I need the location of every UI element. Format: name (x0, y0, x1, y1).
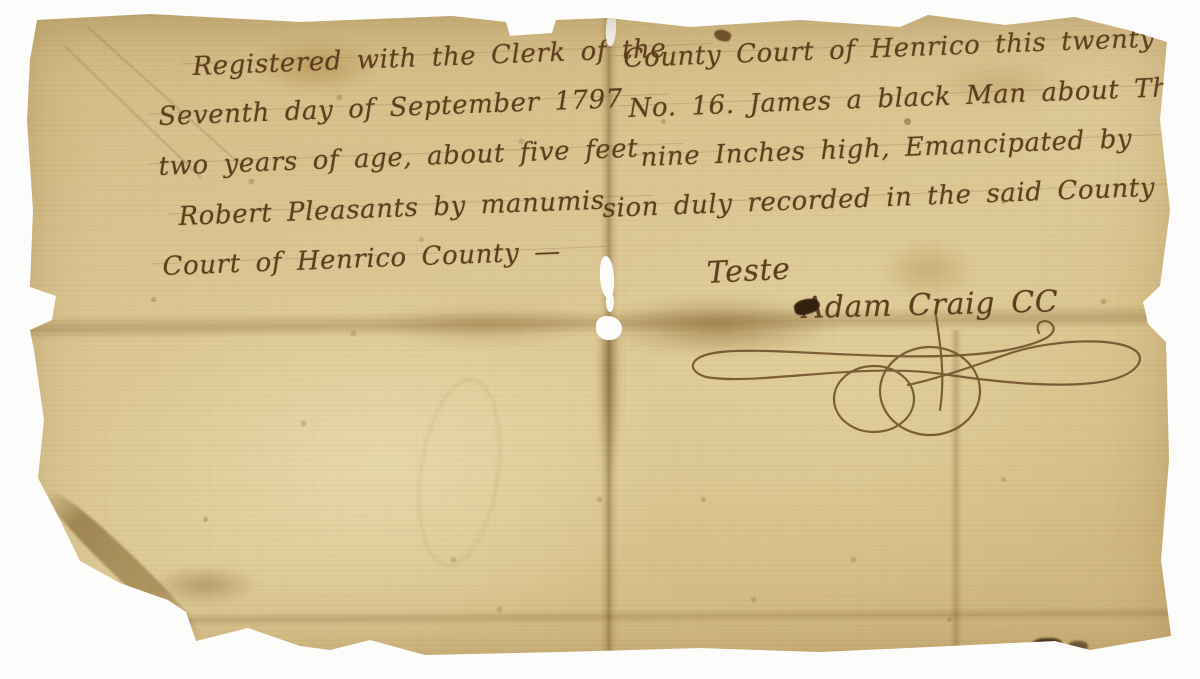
paper-speckles (0, 0, 3, 3)
document-scan: Registered with the Clerk of the County … (0, 0, 1200, 679)
manuscript-paper: Registered with the Clerk of the County … (0, 0, 1200, 679)
edge-vignette (0, 0, 1200, 679)
